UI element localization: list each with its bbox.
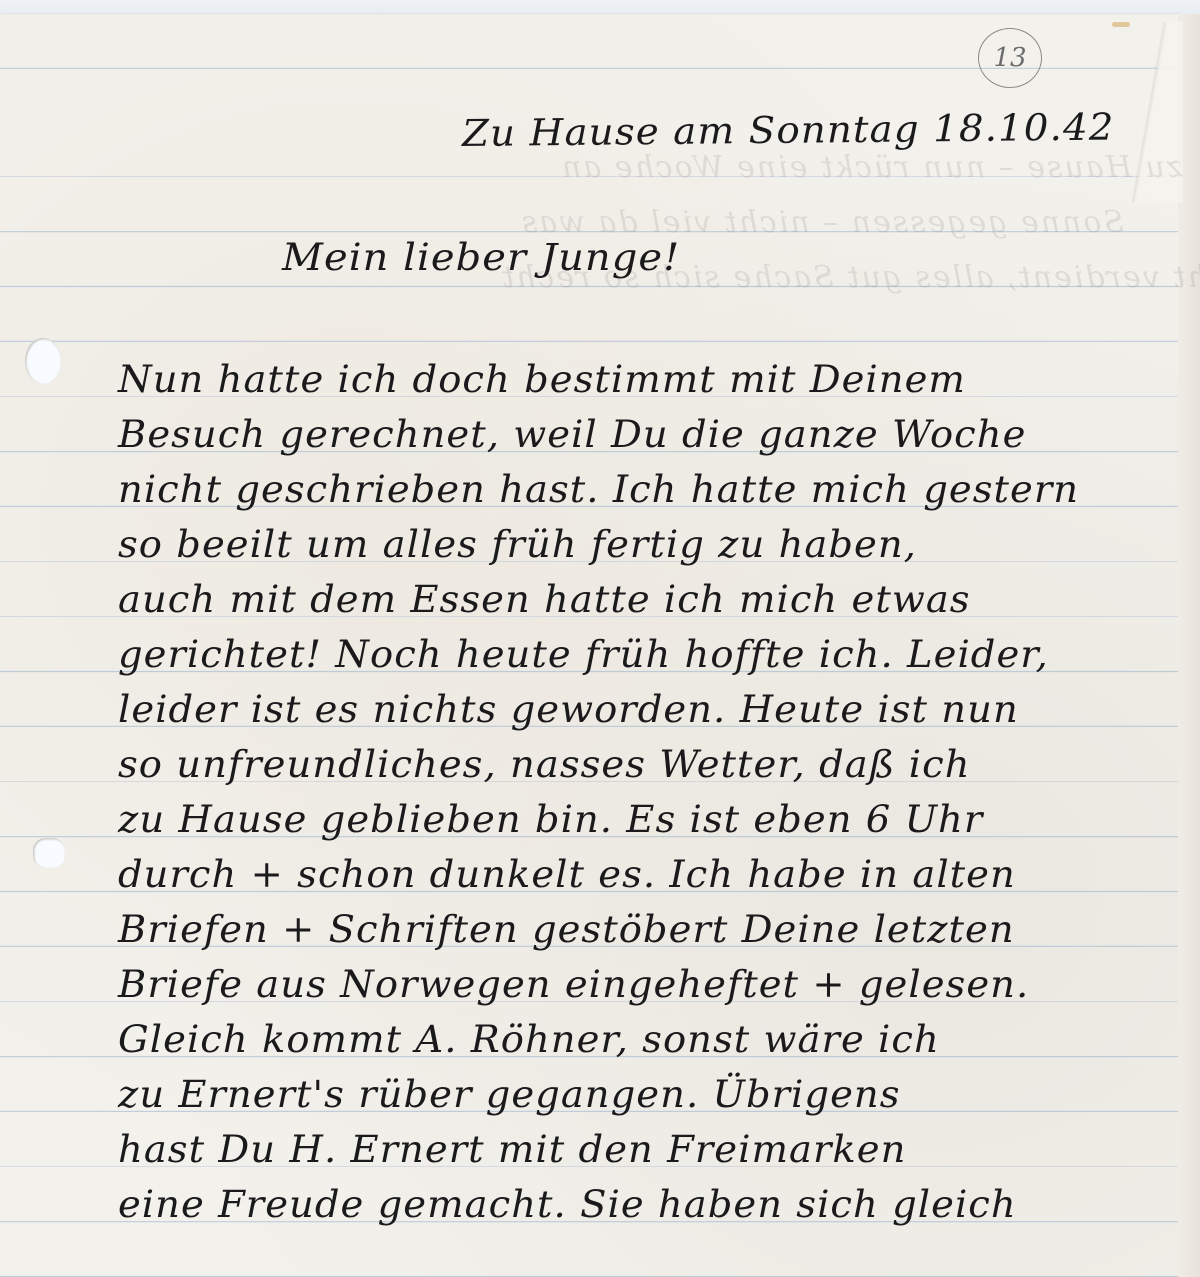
letter-line: leider ist es nichts geworden. Heute ist… bbox=[118, 688, 1019, 731]
letter-line: Besuch gerechnet, weil Du die ganze Woch… bbox=[118, 413, 1026, 456]
letter-line: hast Du H. Ernert mit den Freimarken bbox=[118, 1128, 906, 1171]
letter-line: nicht geschrieben hast. Ich hatte mich g… bbox=[118, 468, 1079, 511]
letter-line: so beeilt um alles früh fertig zu haben, bbox=[118, 523, 917, 566]
letter-line: gerichtet! Noch heute früh hoffte ich. L… bbox=[118, 633, 1049, 676]
letter-line: auch mit dem Essen hatte ich mich etwas bbox=[118, 578, 971, 621]
letter-line: so unfreundliches, nasses Wetter, daß ic… bbox=[118, 743, 971, 786]
bleed-through-text: Sonne gegessen – nicht viel da was bbox=[520, 205, 1124, 240]
letter-line: durch + schon dunkelt es. Ich habe in al… bbox=[118, 853, 1016, 896]
salutation: Mein lieber Junge! bbox=[282, 236, 680, 279]
bleed-through-text: zu Hause – nun rückt eine Woche an bbox=[560, 150, 1182, 185]
dateline: Zu Hause am Sonntag 18.10.42 bbox=[462, 105, 1115, 155]
paper-stain bbox=[1112, 22, 1130, 27]
punch-hole-icon bbox=[25, 338, 61, 384]
page-number: 13 bbox=[993, 43, 1026, 73]
letter-line: Nun hatte ich doch bestimmt mit Deinem bbox=[118, 358, 966, 401]
page-number-circle: 13 bbox=[978, 28, 1042, 88]
punch-hole-icon bbox=[33, 838, 65, 868]
letter-line: zu Ernert's rüber gegangen. Übrigens bbox=[118, 1073, 901, 1116]
letter-line: Briefe aus Norwegen eingeheftet + gelese… bbox=[118, 963, 1029, 1006]
letter-line: Gleich kommt A. Röhner, sonst wäre ich bbox=[118, 1018, 940, 1061]
paper-edge bbox=[1178, 14, 1200, 1277]
letter-line: Briefen + Schriften gestöbert Deine letz… bbox=[118, 908, 1015, 951]
letter-line: zu Hause geblieben bin. Es ist eben 6 Uh… bbox=[118, 798, 983, 841]
letter-line: eine Freude gemacht. Sie haben sich glei… bbox=[118, 1183, 1017, 1226]
